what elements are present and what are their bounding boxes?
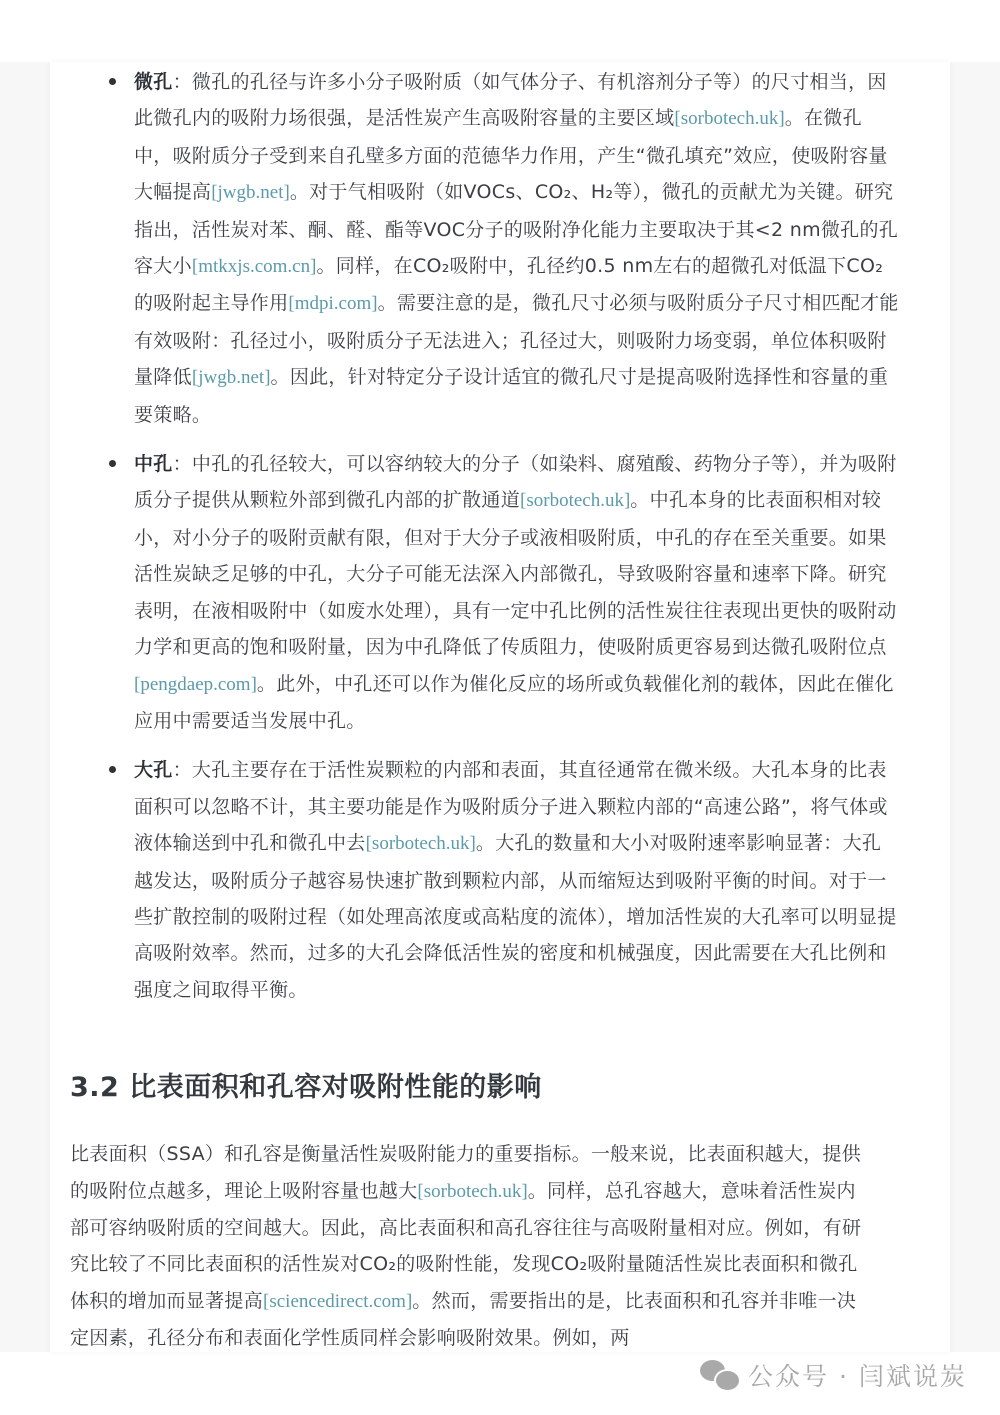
document-page: 微孔：微孔的孔径与许多小分子吸附质（如气体分子、有机溶剂分子等）的尺寸相当，因此… — [50, 62, 950, 1352]
bullet-icon — [109, 460, 116, 467]
term-label: 微孔 — [134, 71, 173, 93]
watermark-text: 公众号 · 闫斌说炭 — [748, 1357, 967, 1393]
term-colon: ： — [173, 453, 192, 475]
item-text: 微孔的孔径与许多小分子吸附质（如气体分子、有机溶剂分子等）的尺寸相当，因此微孔内… — [134, 71, 899, 426]
list-item-mesopore: 中孔：中孔的孔径较大，可以容纳较大的分子（如染料、腐殖酸、药物分子等），并为吸附… — [102, 446, 900, 739]
citation-link[interactable]: [pengdaep.com] — [134, 674, 257, 695]
citation-link[interactable]: [jwgb.net] — [192, 367, 271, 388]
wechat-icon — [700, 1360, 740, 1390]
section-paragraph: 比表面积（SSA）和孔容是衡量活性炭吸附能力的重要指标。一般来说，比表面积越大，… — [70, 1136, 870, 1352]
wechat-watermark: 公众号 · 闫斌说炭 — [700, 1357, 967, 1393]
list-item-macropore: 大孔：大孔主要存在于活性炭颗粒的内部和表面，其直径通常在微米级。大孔本身的比表面… — [102, 752, 900, 1008]
citation-link[interactable]: [jwgb.net] — [211, 182, 290, 203]
document-content: 微孔：微孔的孔径与许多小分子吸附质（如气体分子、有机溶剂分子等）的尺寸相当，因此… — [102, 62, 900, 1352]
term-colon: ： — [173, 71, 192, 93]
item-text: 大孔主要存在于活性炭颗粒的内部和表面，其直径通常在微米级。大孔本身的比表面积可以… — [134, 759, 897, 1000]
term-colon: ： — [173, 759, 192, 781]
bullet-icon — [109, 78, 116, 85]
term-label: 中孔 — [134, 453, 173, 475]
item-text: 中孔的孔径较大，可以容纳较大的分子（如染料、腐殖酸、药物分子等），并为吸附质分子… — [134, 453, 897, 732]
section-heading: 3.2 比表面积和孔容对吸附性能的影响 — [70, 1068, 900, 1108]
term-label: 大孔 — [134, 759, 173, 781]
list-item-micropore: 微孔：微孔的孔径与许多小分子吸附质（如气体分子、有机溶剂分子等）的尺寸相当，因此… — [102, 64, 900, 433]
citation-link[interactable]: [sorbotech.uk] — [366, 833, 476, 854]
citation-link[interactable]: [sciencedirect.com] — [263, 1291, 412, 1312]
citation-link[interactable]: [sorbotech.uk] — [520, 490, 630, 511]
citation-link[interactable]: [mtkxjs.com.cn] — [192, 256, 317, 277]
citation-link[interactable]: [sorbotech.uk] — [417, 1181, 527, 1202]
pore-type-list: 微孔：微孔的孔径与许多小分子吸附质（如气体分子、有机溶剂分子等）的尺寸相当，因此… — [102, 64, 900, 1008]
citation-link[interactable]: [mdpi.com] — [288, 293, 377, 314]
citation-link[interactable]: [sorbotech.uk] — [674, 108, 784, 129]
text-run: 。中孔本身的比表面积相对较小，对小分子的吸附贡献有限，但对于大分子或液相吸附质，… — [134, 489, 897, 658]
text-run: 。大孔的数量和大小对吸附速率影响显著：大孔越发达，吸附质分子越容易快速扩散到颗粒… — [134, 832, 897, 1001]
bullet-icon — [109, 766, 116, 773]
